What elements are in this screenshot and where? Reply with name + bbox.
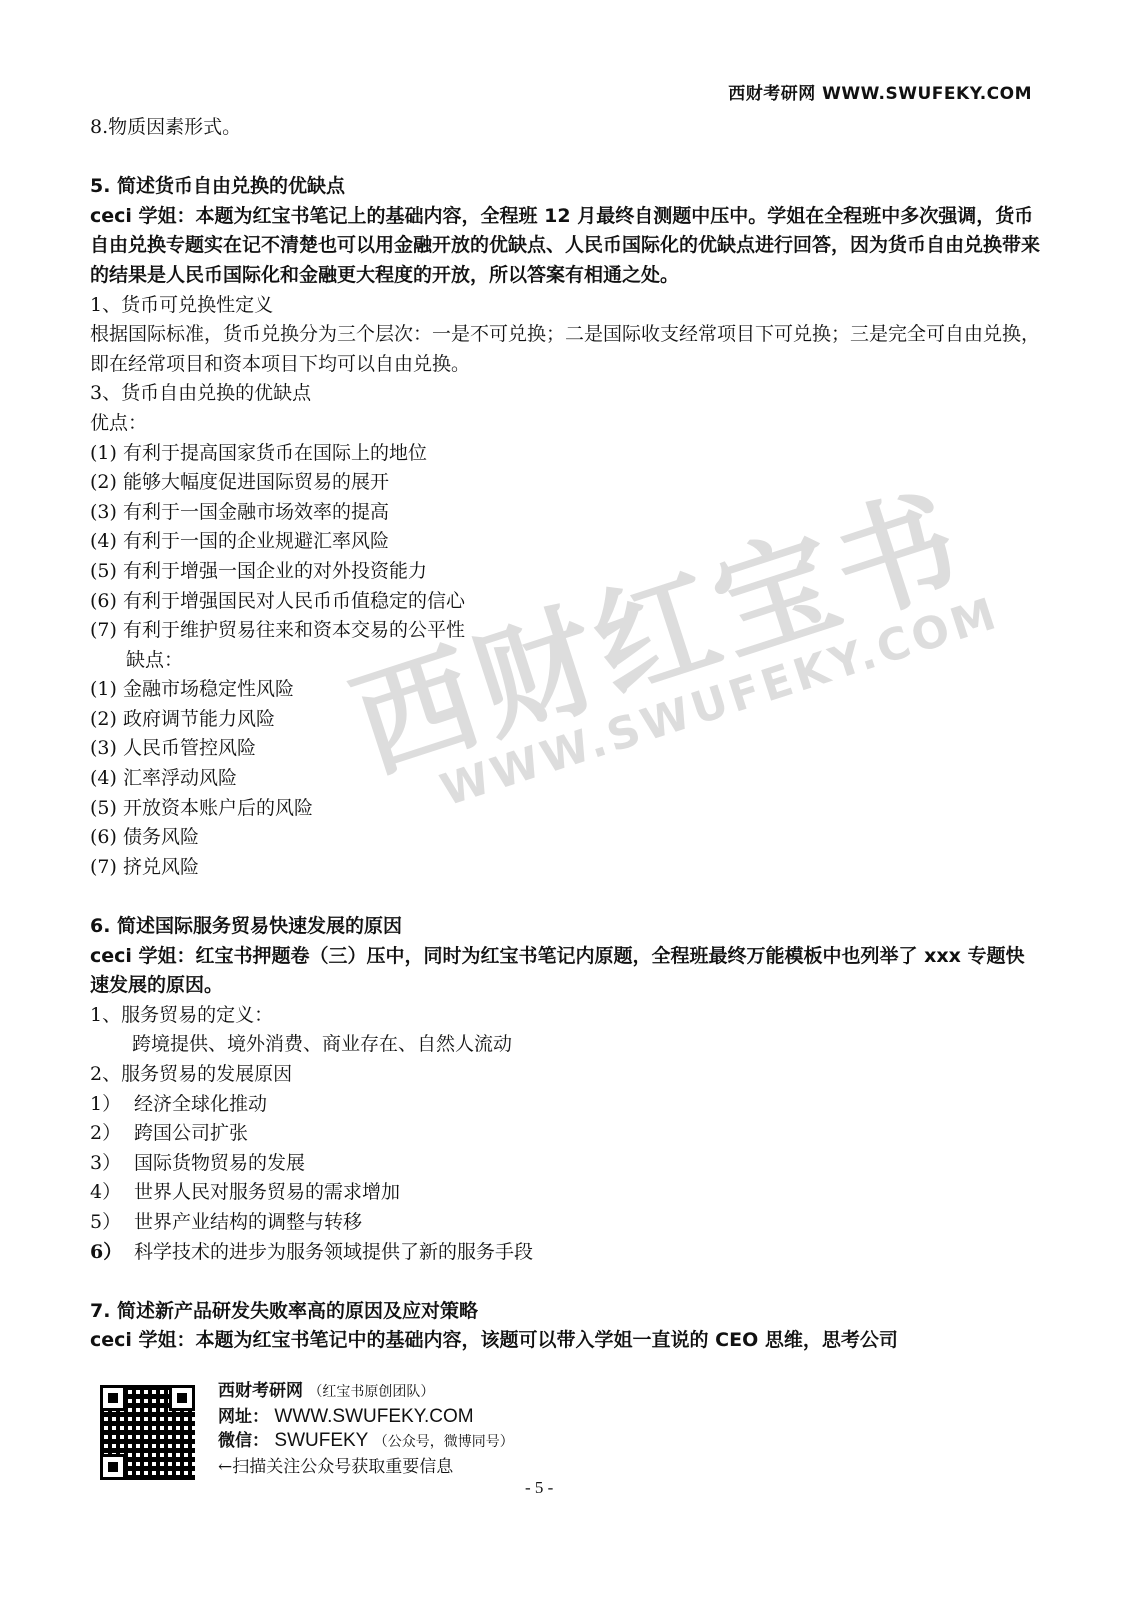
footer-team: （红宝书原创团队） [308,1384,434,1400]
document-body: 8.物质因素形式。 5. 简述货币自由兑换的优缺点 ceci 学姐：本题为红宝书… [90,113,1040,1356]
con-item: (2) 政府调节能力风险 [90,705,1040,735]
pro-item: (1) 有利于提高国家货币在国际上的地位 [90,439,1040,469]
con-item: (1) 金融市场稳定性风险 [90,675,1040,705]
con-item: (6) 债务风险 [90,823,1040,853]
footer: 西财考研网 （红宝书原创团队） 网址： WWW.SWUFEKY.COM 微信： … [100,1385,1000,1475]
pro-item: (3) 有利于一国金融市场效率的提高 [90,498,1040,528]
reason-item: 5）世界产业结构的调整与转移 [90,1208,1040,1238]
reason-item: 6）科学技术的进步为服务领域提供了新的服务手段 [90,1238,1040,1268]
pro-item: (5) 有利于增强一国企业的对外投资能力 [90,557,1040,587]
con-item: (7) 挤兑风险 [90,853,1040,883]
section-5-heading-2: 3、货币自由兑换的优缺点 [90,379,1040,409]
section-6-definition: 跨境提供、境外消费、商业存在、自然人流动 [90,1030,1040,1060]
cons-label: 缺点： [90,646,1040,676]
con-item: (3) 人民币管控风险 [90,734,1040,764]
reason-item: 1）经济全球化推动 [90,1090,1040,1120]
pros-label: 优点： [90,409,1040,439]
footer-scan-hint: ←扫描关注公众号获取重要信息 [218,1455,514,1480]
footer-url-label: 网址： [218,1407,269,1427]
section-6-heading-2: 2、服务贸易的发展原因 [90,1060,1040,1090]
footer-url-link[interactable]: WWW.SWUFEKY.COM [274,1406,473,1427]
section-5-heading-1: 1、货币可兑换性定义 [90,291,1040,321]
qr-code[interactable] [100,1385,195,1480]
con-item: (5) 开放资本账户后的风险 [90,794,1040,824]
section-5-definition: 根据国际标准，货币兑换分为三个层次：一是不可兑换；二是国际收支经常项目下可兑换；… [90,320,1040,379]
pro-item: (2) 能够大幅度促进国际贸易的展开 [90,468,1040,498]
pro-item: (6) 有利于增强国民对人民币币值稳定的信心 [90,587,1040,617]
footer-wechat-label: 微信： [218,1431,269,1451]
section-5-title: 5. 简述货币自由兑换的优缺点 [90,172,1040,202]
intro-line: 8.物质因素形式。 [90,113,1040,143]
page-header: 西财考研网 WWW.SWUFEKY.COM [728,79,1032,104]
footer-info: 西财考研网 （红宝书原创团队） 网址： WWW.SWUFEKY.COM 微信： … [218,1379,514,1479]
section-7-note: ceci 学姐：本题为红宝书笔记中的基础内容，该题可以带入学姐一直说的 CEO … [90,1326,1040,1356]
footer-wechat-note: （公众号，微博同号） [374,1434,514,1450]
page-number: - 5 - [525,1478,553,1498]
reason-item: 4）世界人民对服务贸易的需求增加 [90,1178,1040,1208]
pro-item: (7) 有利于维护贸易往来和资本交易的公平性 [90,616,1040,646]
section-6-note: ceci 学姐：红宝书押题卷（三）压中，同时为红宝书笔记内原题，全程班最终万能模… [90,942,1040,1001]
section-5-note: ceci 学姐：本题为红宝书笔记上的基础内容，全程班 12 月最终自测题中压中。… [90,202,1040,291]
con-item: (4) 汇率浮动风险 [90,764,1040,794]
footer-site-name: 西财考研网 [218,1381,303,1401]
section-6-title: 6. 简述国际服务贸易快速发展的原因 [90,912,1040,942]
pro-item: (4) 有利于一国的企业规避汇率风险 [90,527,1040,557]
reason-item: 2）跨国公司扩张 [90,1119,1040,1149]
section-6-heading-1: 1、服务贸易的定义： [90,1001,1040,1031]
reason-item: 3）国际货物贸易的发展 [90,1149,1040,1179]
section-7-title: 7. 简述新产品研发失败率高的原因及应对策略 [90,1297,1040,1327]
footer-wechat-id: SWUFEKY [274,1430,368,1451]
